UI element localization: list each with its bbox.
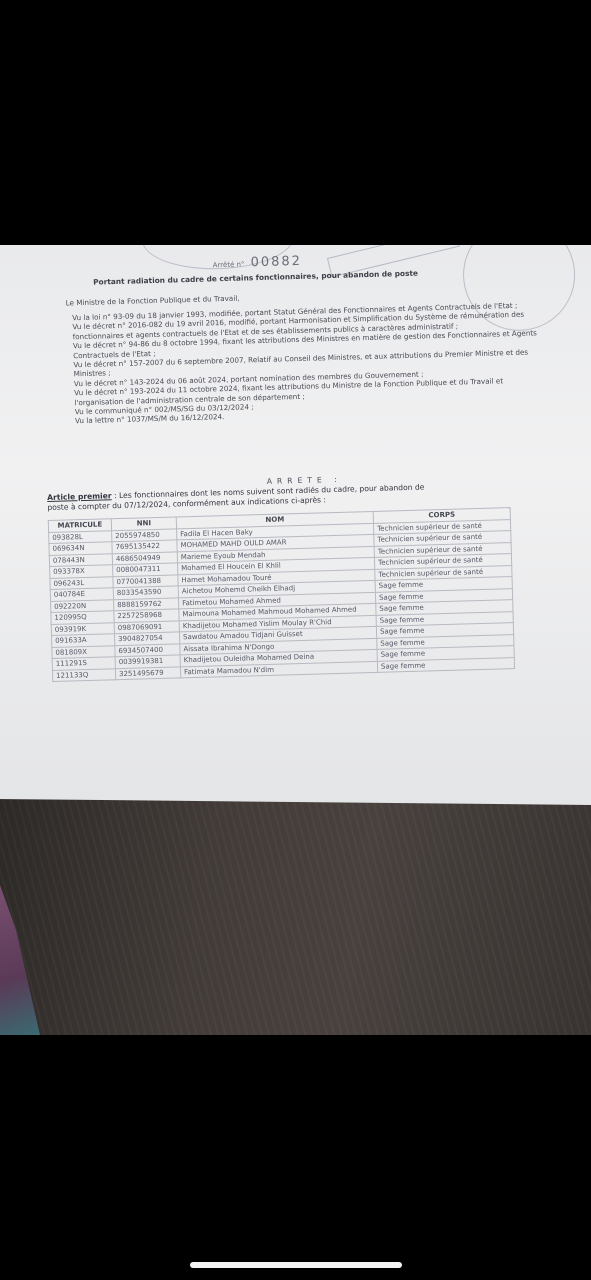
cell-matricule: 121133Q — [52, 668, 115, 681]
paper-sheet: Arrêté n° 00882 Portant radiation du cad… — [0, 245, 591, 805]
article-label: Article premier — [47, 491, 112, 502]
document-photo: Arrêté n° 00882 Portant radiation du cad… — [0, 245, 591, 1035]
arrete-heading: ARRETE : — [267, 476, 342, 486]
table-body: 093828L2055974850Fadila El Hacen BakyTec… — [49, 519, 515, 681]
home-indicator[interactable] — [190, 1262, 402, 1268]
document-title: Portant radiation du cadre de certains f… — [93, 270, 418, 286]
minister-line: Le Ministre de la Fonction Publique et d… — [66, 295, 240, 307]
arrete-label: Arrêté n° — [213, 260, 245, 269]
cell-nni: 3251495679 — [115, 666, 180, 679]
arrete-number: 00882 — [250, 254, 302, 270]
radiation-table: MATRICULE NNI NOM CORPS 093828L205597485… — [48, 507, 515, 682]
considerations-list: Vu la loi n° 93-09 du 18 janvier 1993, m… — [72, 300, 545, 426]
wooden-table-background — [0, 800, 591, 1035]
cell-corps: Sage femme — [377, 657, 514, 672]
arrete-number-line: Arrêté n° 00882 — [212, 255, 302, 270]
